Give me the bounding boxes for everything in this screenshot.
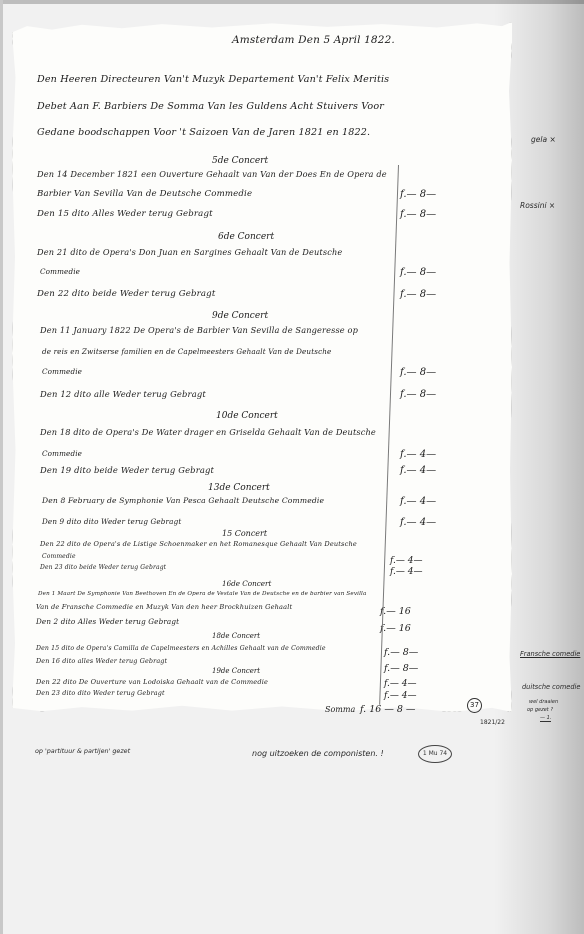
section-heading-13: 13de Concert: [208, 484, 270, 493]
entry-line: Den 15 dito de Opera's Camilla de Capelm…: [36, 646, 326, 652]
entry-line: Den 1 Maart De Symphonie Van Beethoven E…: [38, 592, 366, 598]
section-heading-18: 18de Concert: [212, 633, 260, 640]
entry-line: Den 14 December 1821 een Ouverture Gehaa…: [37, 170, 387, 178]
document-header: Amsterdam Den 5 April 1822.: [232, 35, 395, 46]
entry-line: Den 11 January 1822 De Opera's de Barbie…: [40, 326, 358, 334]
margin-note-op-gezet: op gezet ?: [527, 708, 553, 713]
bottom-note-partituur: op 'partituur & partijen' gezet: [35, 748, 130, 754]
section-heading-16: 16de Concert: [222, 580, 271, 587]
entry-amount: f.— 4—: [390, 557, 422, 566]
entry-line: Den 23 dito beide Weder terug Gebragt: [40, 565, 166, 571]
entry-amount: f.— 8—: [400, 210, 436, 220]
margin-note-fransche-comedie: Fransche comedie: [520, 651, 580, 658]
total-label: Somma: [325, 706, 355, 714]
margin-note-wel-draaien: wel draaien: [529, 700, 558, 705]
entry-line: Den 2 dito Alles Weder terug Gebragt: [36, 618, 179, 625]
entry-line: Den 12 dito alle Weder terug Gebragt: [40, 390, 206, 398]
entry-line: Den 22 dito beide Weder terug Gebragt: [37, 290, 215, 299]
entry-amount: f.— 4—: [390, 568, 422, 577]
scan-edge-left: [0, 0, 3, 934]
entry-amount: f.— 8—: [384, 648, 418, 658]
total-amount: f. 16 — 8 —: [360, 705, 415, 715]
bottom-note-componisten: nog uitzoeken de componisten. !: [252, 750, 384, 758]
entry-amount: f.— 8—: [400, 268, 436, 278]
margin-note-gela: gela ×: [531, 136, 556, 144]
entry-line: Commedie: [42, 554, 76, 560]
entry-amount: f.— 16: [380, 607, 411, 617]
entry-amount: f.— 4—: [400, 450, 436, 460]
entry-line: Commedie: [40, 268, 80, 275]
entry-amount: f.— 4—: [400, 466, 436, 476]
entry-amount: f.— 8—: [400, 290, 436, 300]
entry-amount: f.— 4—: [384, 680, 416, 689]
page-number: 37: [467, 698, 482, 713]
section-heading-10: 10de Concert: [216, 412, 278, 421]
intro-line-3: Gedane boodschappen Voor 't Saizoen Van …: [37, 128, 370, 138]
entry-line: Commedie: [42, 368, 82, 375]
catalog-ref: 1821/22: [480, 720, 505, 726]
section-heading-19: 19de Concert: [212, 668, 260, 675]
margin-note-dash: — 1.: [540, 716, 551, 722]
entry-line: Den 18 dito de Opera's De Water drager e…: [40, 428, 376, 436]
section-heading-5: 5de Concert: [212, 157, 268, 166]
entry-amount: f.— 4—: [400, 497, 436, 507]
intro-line-1: Den Heeren Directeuren Van't Muzyk Depar…: [37, 75, 389, 85]
entry-amount: f.— 8—: [400, 390, 436, 400]
entry-line: Den 22 dito de Opera's de Listige Schoen…: [40, 541, 357, 548]
margin-note-rossini: Rossini ×: [520, 202, 555, 210]
entry-line: de reis en Zwitserse familien en de Cape…: [42, 348, 331, 355]
section-heading-9: 9de Concert: [212, 312, 268, 321]
entry-line: Den 21 dito de Opera's Don Juan en Sargi…: [37, 248, 342, 256]
entry-line: Den 8 February de Symphonie Van Pesca Ge…: [42, 497, 324, 505]
entry-line: Den 19 dito beide Weder terug Gebragt: [40, 466, 214, 474]
entry-amount: f.— 4—: [384, 692, 416, 701]
entry-line: Den 23 dito dito Weder terug Gebragt: [36, 690, 165, 696]
entry-amount: f.— 16: [380, 624, 411, 634]
entry-amount: f.— 8—: [400, 190, 436, 200]
entry-line: Den 15 dito Alles Weder terug Gebragt: [37, 210, 213, 219]
entry-line: Den 22 dito De Ouverture van Lodoiska Ge…: [36, 679, 268, 686]
entry-amount: f.— 4—: [400, 518, 436, 528]
section-heading-6: 6de Concert: [218, 233, 274, 242]
entry-line: Barbier Van Sevilla Van de Deutsche Comm…: [37, 190, 252, 199]
entry-amount: f.— 8—: [400, 368, 436, 378]
bottom-note-ref-circle: 1 Mu 74: [418, 745, 452, 763]
entry-line: Den 16 dito alles Weder terug Gebragt: [36, 658, 167, 664]
entry-line: Den 9 dito dito Weder terug Gebragt: [42, 518, 181, 525]
entry-line: Commedie: [42, 450, 82, 457]
intro-line-2: Debet Aan F. Barbiers De Somma Van les G…: [37, 102, 384, 112]
margin-note-duitsche-comedie: duitsche comedie: [522, 684, 580, 691]
scan-edge-top: [0, 0, 584, 4]
entry-amount: f.— 8—: [384, 664, 418, 674]
section-heading-15: 15 Concert: [222, 530, 267, 538]
entry-line: Van de Fransche Commedie en Muzyk Van de…: [36, 604, 292, 611]
